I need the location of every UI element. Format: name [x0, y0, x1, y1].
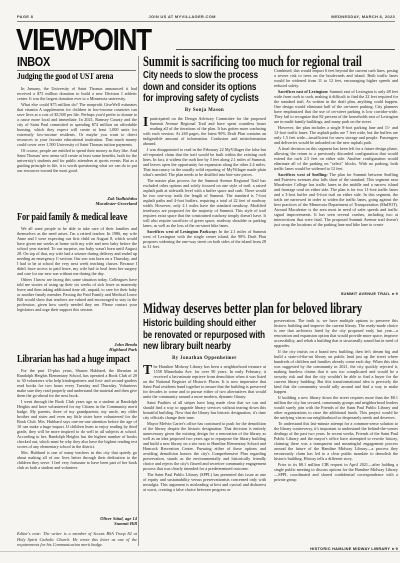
jump-line-midway: HISTORIC HAMLINE MIDWAY LIBRARY ►9: [250, 546, 398, 551]
jump-label: SUMMIT AVENUE TRAIL: [341, 291, 390, 296]
letter-title: Judging the good of UST arena: [17, 73, 113, 83]
article-subhead: Historic building should either be renov…: [143, 318, 266, 353]
paragraph-text: participated on the Design Advisory Comm…: [143, 116, 266, 146]
article-summit-column-2: Combined, this would impact 6 feet beyon…: [274, 68, 398, 289]
jump-line-summit: SUMMIT AVENUE TRAIL ►9: [274, 291, 398, 296]
letter-paragraph: What else could $75 million do? The nonp…: [17, 102, 137, 147]
site-banner: JOIN US AT MYVILLAGER.COM: [148, 14, 215, 19]
article-midway-column-1: Historic building should either be renov…: [143, 318, 266, 546]
paragraph-text: However, the plan includes a single 8-fo…: [274, 125, 398, 145]
signature-location: Summit Hill: [17, 521, 137, 526]
paragraph-text: he Hamline Midway Library has been a nei…: [143, 364, 266, 399]
paragraph-text: Saint Paulites of all stripes have long …: [143, 400, 266, 420]
body-paragraph: I was disappointed to read in the Februa…: [143, 147, 266, 177]
body-paragraph: Sacrifices west of Snelling: The plan fo…: [274, 172, 398, 227]
body-paragraph: Sacrifices east of Lexington: Summit eas…: [274, 89, 398, 124]
letter-paragraph: We all want people to be able to take ca…: [17, 226, 137, 276]
masthead-rule: [176, 49, 395, 50]
paragraph-text: Summit east of Lexington is only 48 feet…: [274, 89, 398, 124]
body-paragraph: If building a new library down the stree…: [274, 395, 398, 420]
body-paragraph: Mayor Melvin Carter's office has continu…: [143, 421, 266, 471]
paragraph-text: To understand this last-minute attempt f…: [274, 421, 398, 461]
top-bar: PAGE 8 JOIN US AT MYVILLAGER.COM WEDNESD…: [17, 14, 395, 19]
drop-cap: T: [143, 364, 154, 375]
letter-signature: Zak Yudhishthu Macalester-Groveland: [17, 196, 137, 206]
article-body: Iparticipated on the Design Advisory Com…: [143, 116, 266, 299]
letter-paragraph: Others I know are facing this same situa…: [17, 277, 137, 312]
body-paragraph: The master plan process for the Summit A…: [143, 178, 266, 228]
letter-body: In January, the University of Saint Thom…: [17, 86, 137, 194]
body-paragraph: Saint Paulites of all stripes have long …: [143, 400, 266, 420]
body-paragraph: Sacrifices west of Lexington Parkway: In…: [143, 229, 266, 249]
body-paragraph: Combined, this would impact 6 feet beyon…: [274, 68, 398, 88]
drop-cap: I: [143, 116, 150, 127]
body-paragraph: The Hamline Midway Library has been a ne…: [143, 364, 266, 399]
body-paragraph: To understand this last-minute attempt f…: [274, 421, 398, 461]
jump-page-number: 9: [396, 546, 398, 551]
paragraph-text: If the city insists on a brand new build…: [274, 349, 398, 394]
body-paragraph: A final decision on this segment has bee…: [274, 146, 398, 171]
paragraph-text: The master plan process for the Summit A…: [143, 178, 266, 228]
signature-location: Macalester-Groveland: [17, 201, 137, 206]
paragraph-text: preservation. The truth is, we have mult…: [274, 318, 398, 348]
paragraph-text: Prior to its $8.1 million CIB request in…: [274, 462, 398, 482]
inbox-label: INBOX: [17, 55, 50, 68]
jump-label: HISTORIC HAMLINE MIDWAY LIBRARY: [310, 546, 390, 551]
paragraph-text: Combined, this would impact 6 feet beyon…: [274, 68, 398, 88]
letter-paragraph: For the past 15-plus years, Sharon Hubba…: [17, 368, 137, 398]
editors-note: Editor's note: The writer is a member of…: [17, 531, 137, 547]
paragraph-text: I was disappointed to read in the Februa…: [143, 147, 266, 177]
body-paragraph: However, the plan includes a single 8-fo…: [274, 125, 398, 145]
paragraph-text: The plan for Summit between Snelling and…: [274, 172, 398, 227]
newspaper-page: PAGE 8 JOIN US AT MYVILLAGER.COM WEDNESD…: [0, 0, 400, 563]
section-masthead: VIEWPOINT: [16, 24, 151, 55]
letter-ust-arena: Judging the good of UST arena In January…: [17, 73, 137, 206]
body-paragraph: preservation. The truth is, we have mult…: [274, 318, 398, 348]
letter-signature: Oliver Stital, age 14 Summit Hill: [17, 516, 137, 526]
article-summit-column-1: City needs to slow the process down and …: [143, 70, 266, 299]
letter-title: For paid family & medical leave: [17, 212, 113, 223]
body-paragraph: If the city insists on a brand new build…: [274, 349, 398, 394]
bottom-rule: [0, 551, 400, 552]
jump-page-number: 9: [396, 291, 398, 296]
body-paragraph: Prior to its $8.1 million CIB request in…: [274, 462, 398, 482]
article-body: The Hamline Midway Library has been a ne…: [143, 364, 266, 546]
signature-location: Highland Park: [17, 347, 137, 352]
column-divider: [138, 56, 139, 546]
body-paragraph: The Saint Paul Public Library (SPPL) has…: [143, 472, 266, 492]
paragraph-text: A final decision on this segment has bee…: [274, 146, 398, 171]
body-paragraph: Iparticipated on the Design Advisory Com…: [143, 116, 266, 146]
letter-paragraph: Of course, people are entitled to spend …: [17, 148, 137, 173]
letter-librarian: Librarian has had a huge impact For the …: [17, 354, 137, 547]
page-number: PAGE 8: [17, 14, 33, 19]
article-headline-midway: Midway deserves better plan for beloved …: [143, 302, 362, 317]
letter-paid-leave: For paid family & medical leave We all w…: [17, 212, 137, 352]
inbox-rule: [17, 70, 136, 71]
letter-signature: John Benda Highland Park: [17, 342, 137, 352]
letter-paragraph: I went through the Book Club years ago a…: [17, 399, 137, 449]
paragraph-text: The Saint Paul Public Library (SPPL) has…: [143, 472, 266, 492]
article-byline: By Sonja Mason: [143, 108, 266, 113]
issue-date: WEDNESDAY, MARCH 8, 2023: [331, 14, 395, 19]
article-midway-column-2: preservation. The truth is, we have mult…: [274, 318, 398, 544]
letter-paragraph: In January, the University of Saint Thom…: [17, 86, 137, 101]
article-subhead: City needs to slow the process down and …: [143, 70, 266, 105]
paragraph-text: If building a new library down the stree…: [274, 395, 398, 420]
article-byline: By Jonathan Oppenheimer: [143, 356, 266, 361]
letter-paragraph: Mrs. Hubbard is one of many teachers in …: [17, 450, 137, 470]
letter-body: For the past 15-plus years, Sharon Hubba…: [17, 368, 137, 514]
letter-body: We all want people to be able to take ca…: [17, 226, 137, 340]
paragraph-text: Mayor Melvin Carter's office has continu…: [143, 421, 266, 471]
letter-title: Librarian has had a huge impact: [17, 354, 113, 365]
